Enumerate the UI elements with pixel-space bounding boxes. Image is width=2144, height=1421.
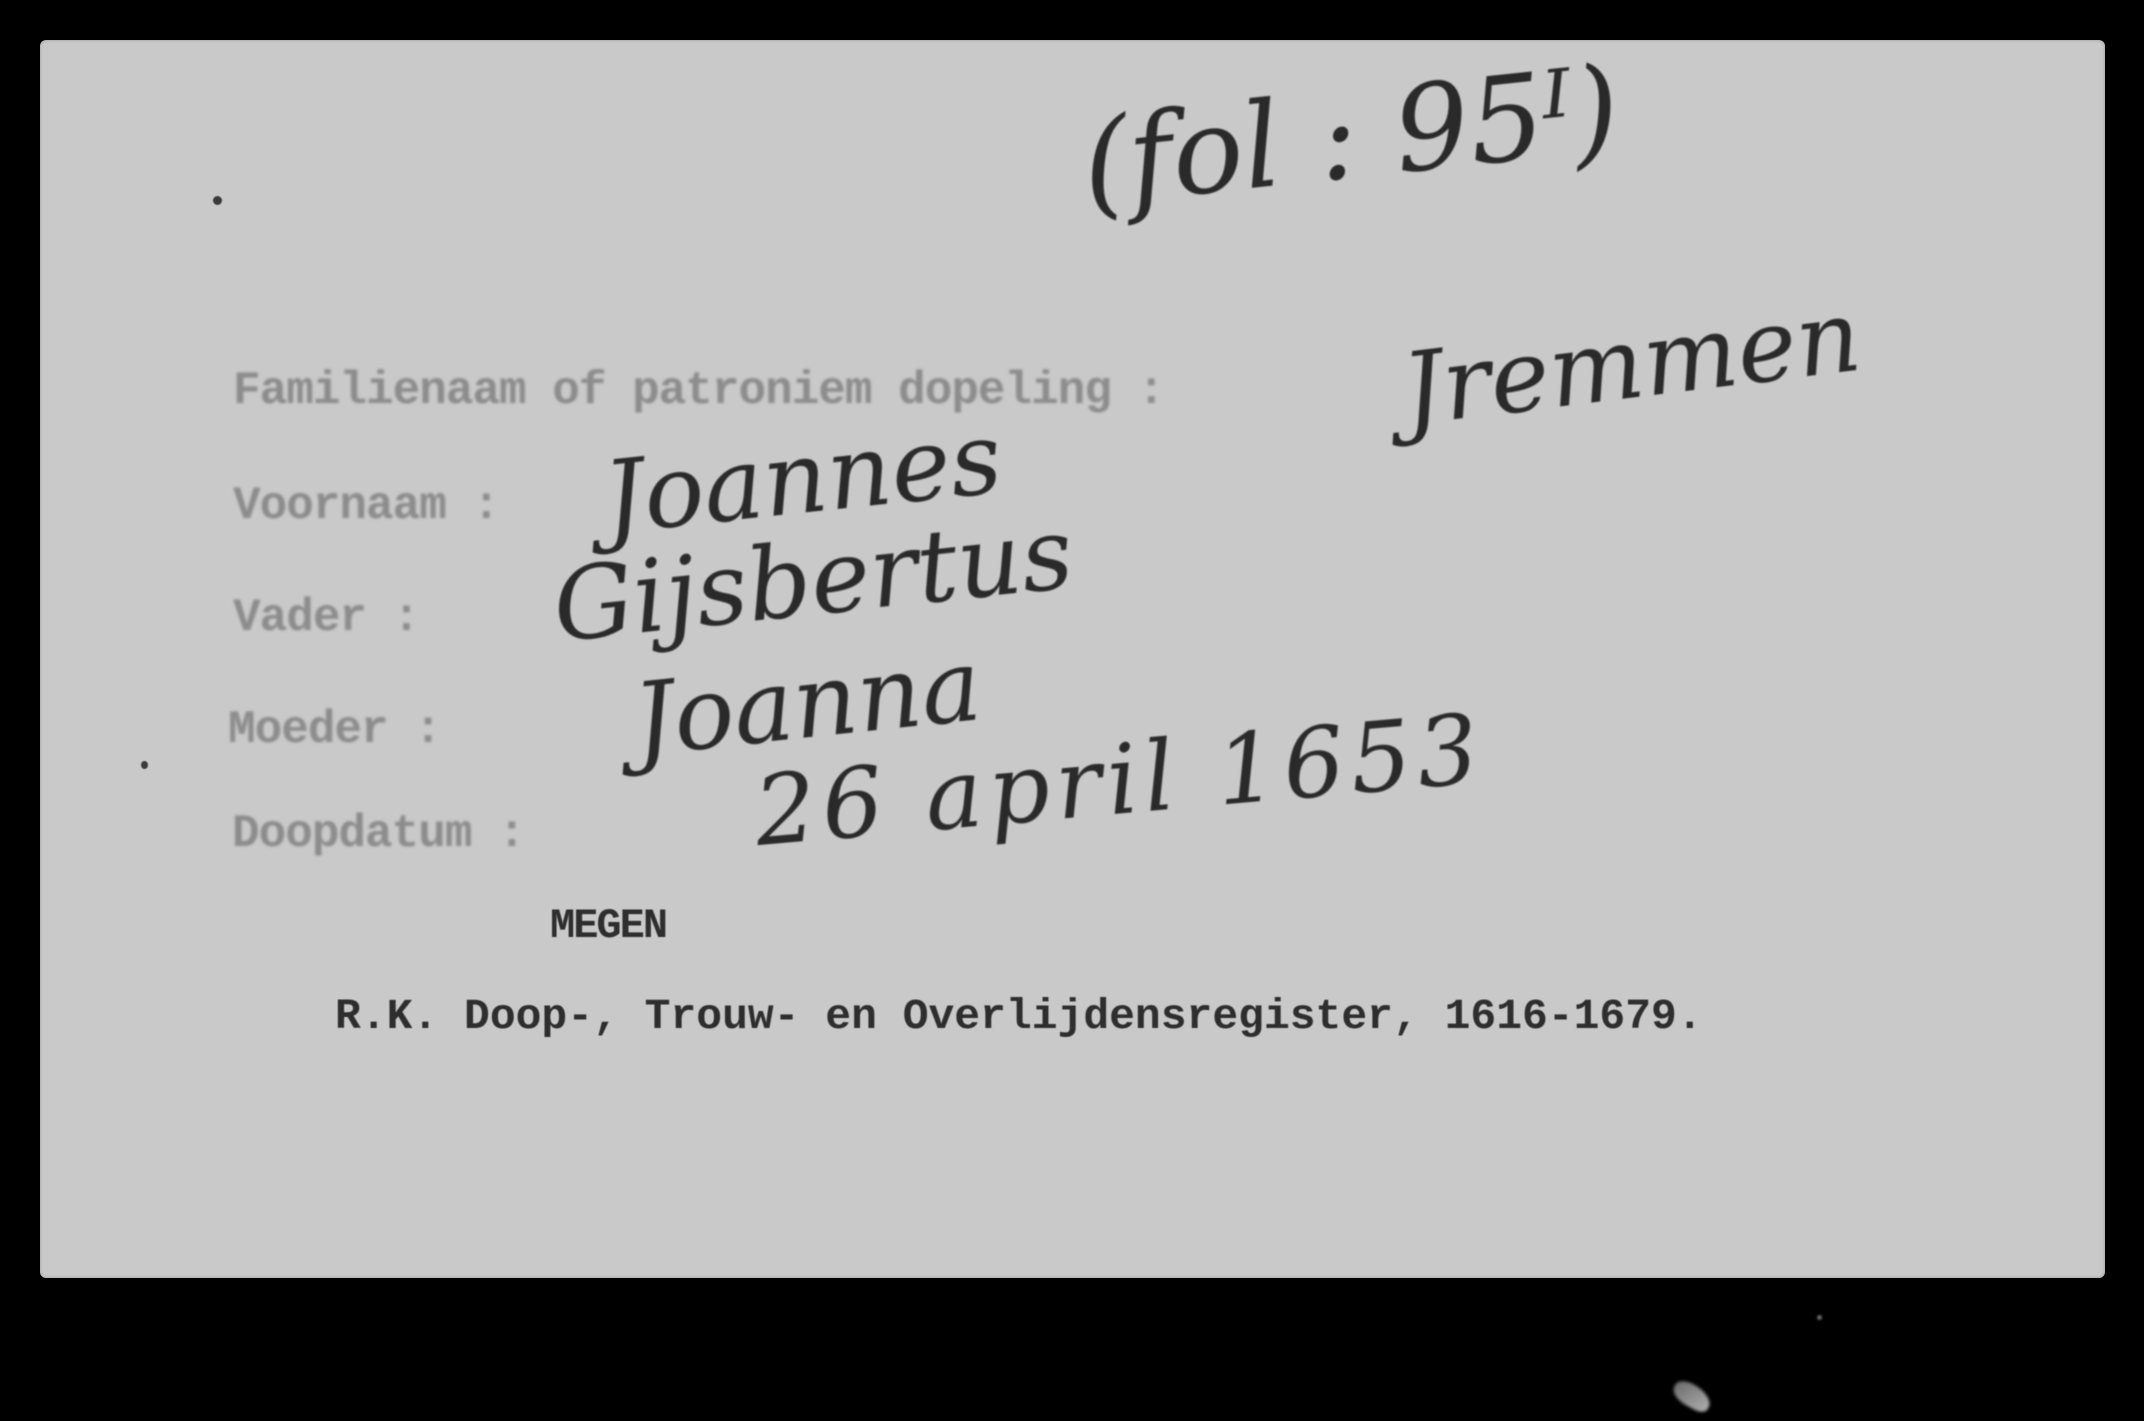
baptism-date-label: Doopdatum : (232, 808, 525, 860)
film-artifact (1669, 1377, 1715, 1415)
index-card: (fol : 95ᴵ) Familienaam of patroniem dop… (40, 40, 2105, 1278)
surname-value: Jremmen (1396, 277, 1867, 449)
first-name-label: Voornaam : (233, 480, 499, 532)
speck-dot (141, 761, 148, 769)
source-register: R.K. Doop-, Trouw- en Overlijdensregiste… (335, 992, 1703, 1041)
father-label: Vader : (233, 592, 419, 644)
folio-note: (fol : 95ᴵ) (1076, 40, 1626, 233)
place-name: MEGEN (550, 902, 666, 950)
film-speck (1817, 1315, 1822, 1320)
mother-label: Moeder : (228, 704, 441, 756)
speck-dot (213, 196, 222, 205)
surname-label: Familienaam of patroniem dopeling : (233, 365, 1164, 417)
